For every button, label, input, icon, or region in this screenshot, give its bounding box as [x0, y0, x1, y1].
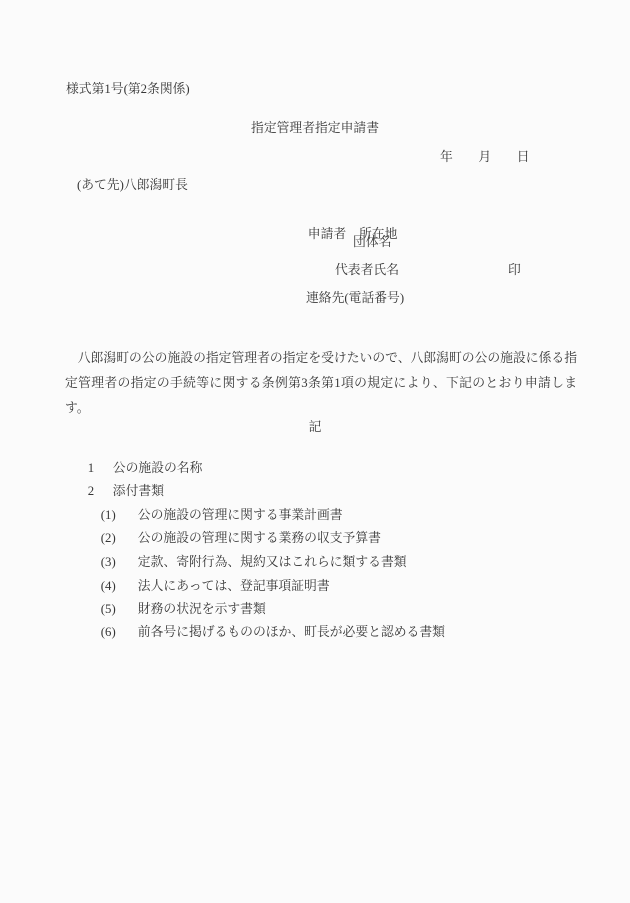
body-paragraph: 八郎潟町の公の施設の指定管理者の指定を受けたいので、八郎潟町の公の施設に係る指 … — [65, 346, 577, 421]
record-marker: 記 — [0, 417, 630, 437]
form-number: 様式第1号(第2条関係) — [66, 79, 190, 99]
body-line-1: 八郎潟町の公の施設の指定管理者の指定を受けたいので、八郎潟町の公の施設に係る指 — [65, 346, 577, 371]
document-title: 指定管理者指定申請書 — [0, 118, 630, 138]
applicant-label: 申請者 — [308, 227, 346, 241]
date-line: 年 月 日 — [440, 147, 530, 167]
field-representative-label: 代表者氏名 — [335, 260, 399, 280]
attachment-item-number: (6) — [101, 622, 138, 642]
document-page: 様式第1号(第2条関係) 指定管理者指定申請書 年 月 日 (あて先)八郎潟町長… — [0, 0, 630, 903]
field-organization-label: 団体名 — [353, 232, 391, 252]
attachment-item-6: (6)前各号に掲げるもののほか、町長が必要と認める書類 — [88, 602, 445, 662]
body-line-2: 定管理者の指定の手続等に関する条例第3条第1項の規定により、下記のとおり申請しま — [65, 371, 577, 396]
addressee: (あて先)八郎潟町長 — [77, 175, 188, 195]
field-contact-label: 連絡先(電話番号) — [306, 288, 404, 308]
seal-mark: 印 — [508, 260, 521, 280]
attachment-item-text: 前各号に掲げるもののほか、町長が必要と認める書類 — [138, 625, 445, 639]
